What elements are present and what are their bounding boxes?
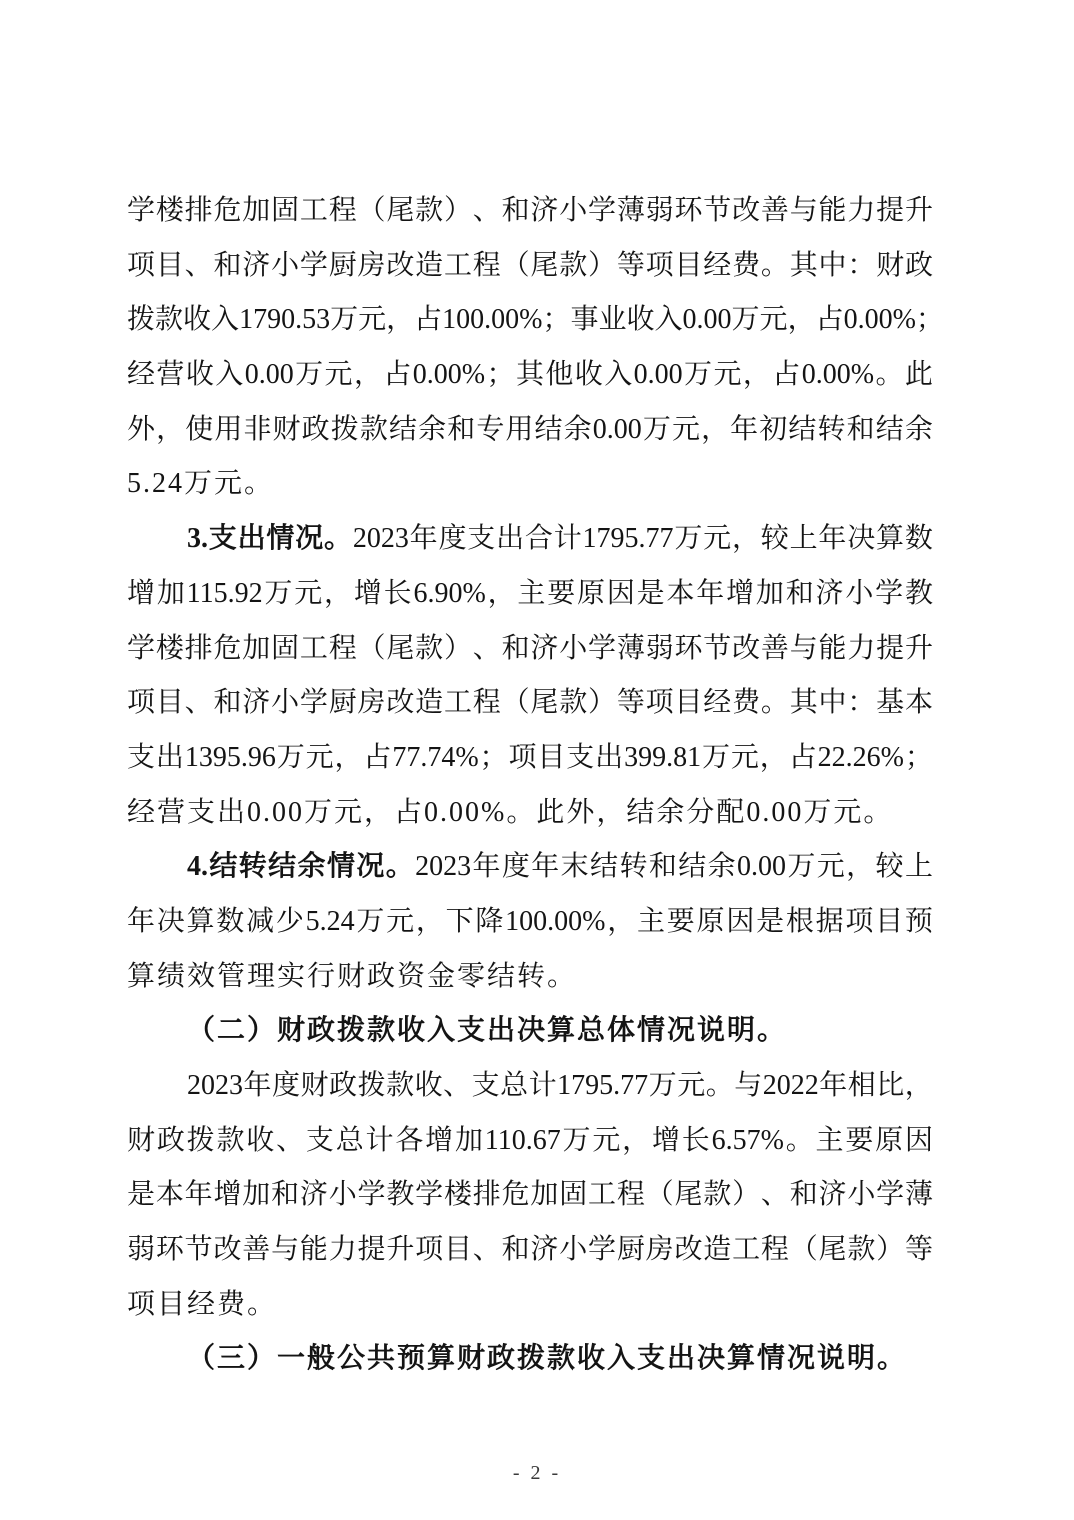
- text-line: 学楼排危加固工程（尾款）、和济小学薄弱环节改善与能力提升: [127, 184, 933, 239]
- text-line: 是本年增加和济小学教学楼排危加固工程（尾款）、和济小学薄: [127, 1168, 933, 1223]
- document-page: 学楼排危加固工程（尾款）、和济小学薄弱环节改善与能力提升项目、和济小学厨房改造工…: [0, 0, 1074, 1520]
- text-line: （三）一般公共预算财政拨款收入支出决算情况说明。: [127, 1332, 933, 1387]
- text-line: 5.24万元。: [127, 457, 933, 512]
- text-line: （二）财政拨款收入支出决算总体情况说明。: [127, 1004, 933, 1059]
- text-line: 项目、和济小学厨房改造工程（尾款）等项目经费。其中：基本: [127, 676, 933, 731]
- text-line: 支出1395.96万元，占77.74%；项目支出399.81万元，占22.26%…: [127, 731, 933, 786]
- text-line: 算绩效管理实行财政资金零结转。: [127, 950, 933, 1005]
- text-line: 4.结转结余情况。2023年度年末结转和结余0.00万元，较上: [127, 840, 933, 895]
- text-line: 财政拨款收、支总计各增加110.67万元，增长6.57%。主要原因: [127, 1114, 933, 1169]
- text-line: 经营支出0.00万元，占0.00%。此外，结余分配0.00万元。: [127, 786, 933, 841]
- page-body: 学楼排危加固工程（尾款）、和济小学薄弱环节改善与能力提升项目、和济小学厨房改造工…: [127, 184, 933, 1387]
- text-line: 外，使用非财政拨款结余和专用结余0.00万元，年初结转和结余: [127, 403, 933, 458]
- text-line: 3.支出情况。2023年度支出合计1795.77万元，较上年决算数: [127, 512, 933, 567]
- text-line: 经营收入0.00万元，占0.00%；其他收入0.00万元，占0.00%。此: [127, 348, 933, 403]
- text-line: 拨款收入1790.53万元，占100.00%；事业收入0.00万元，占0.00%…: [127, 293, 933, 348]
- text-line: 2023年度财政拨款收、支总计1795.77万元。与2022年相比，: [127, 1059, 933, 1114]
- text-line: 学楼排危加固工程（尾款）、和济小学薄弱环节改善与能力提升: [127, 622, 933, 677]
- text-line: 弱环节改善与能力提升项目、和济小学厨房改造工程（尾款）等: [127, 1223, 933, 1278]
- text-line: 项目、和济小学厨房改造工程（尾款）等项目经费。其中：财政: [127, 239, 933, 294]
- text-line: 项目经费。: [127, 1278, 933, 1333]
- text-line: 年决算数减少5.24万元，下降100.00%，主要原因是根据项目预: [127, 895, 933, 950]
- page-number: - 2 -: [0, 1462, 1074, 1485]
- text-line: 增加115.92万元，增长6.90%，主要原因是本年增加和济小学教: [127, 567, 933, 622]
